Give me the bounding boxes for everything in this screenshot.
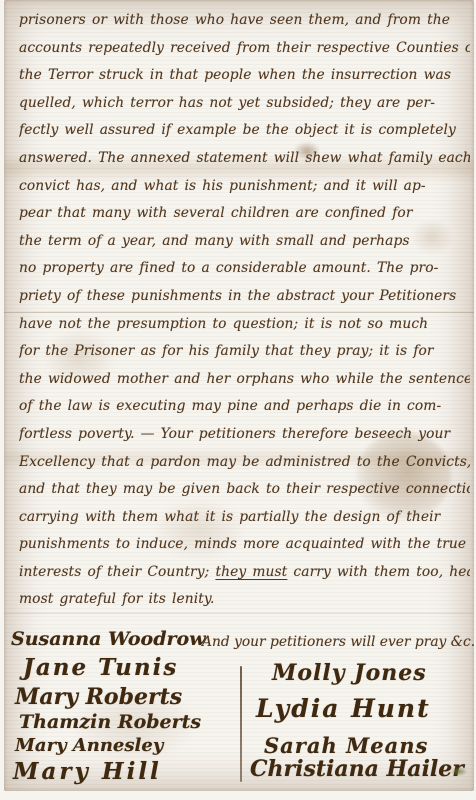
signature-name: Christiana Hailer [250, 756, 464, 782]
paper-sheet: prisoners or with those who have seen th… [4, 0, 474, 791]
manuscript-line: answered. The annexed statement will she… [19, 145, 470, 173]
manuscript-line: the Terror struck in that people when th… [19, 62, 470, 90]
signature-name: Thamzin Roberts [19, 711, 206, 733]
scanned-document: prisoners or with those who have seen th… [0, 0, 476, 800]
manuscript-line: carrying with them what it is partially … [19, 504, 470, 532]
manuscript-line: no property are fined to a considerable … [19, 255, 470, 283]
signature-name: Sarah Means [264, 733, 464, 758]
manuscript-line: and that they may be given back to their… [19, 476, 470, 504]
manuscript-line: Excellency that a pardon may be administ… [19, 449, 470, 477]
manuscript-line: pear that many with several children are… [19, 200, 470, 228]
manuscript-line: the term of a year, and many with small … [19, 228, 470, 256]
manuscript-line: priety of these punishments in the abstr… [19, 283, 470, 311]
manuscript-line: have not the presumption to question; it… [19, 311, 470, 339]
closing-line: And your petitioners will ever pray &c. [202, 634, 474, 650]
manuscript-line: of the law is executing may pine and per… [19, 393, 470, 421]
signature-name: Mary Annesley [15, 735, 206, 756]
manuscript-line: fortless poverty. — Your petitioners the… [19, 421, 470, 449]
signature-name: Susanna Woodrow [11, 628, 206, 650]
manuscript-line: prisoners or with those who have seen th… [19, 7, 470, 35]
manuscript-line: convict has, and what is his punishment;… [19, 173, 470, 201]
signature-name: Jane Tunis [23, 654, 206, 681]
manuscript-line: quelled, which terror has not yet subsid… [19, 90, 470, 118]
signature-name: Molly Jones [272, 660, 464, 686]
manuscript-body: prisoners or with those who have seen th… [19, 7, 470, 627]
signature-column-right: Molly JonesLydia HuntSarah MeansChristia… [256, 660, 464, 782]
signature-name: Lydia Hunt [256, 694, 464, 723]
manuscript-line: most grateful for its lenity. [19, 586, 470, 614]
manuscript-line: interests of their Country; they must ca… [19, 559, 470, 587]
manuscript-line: the widowed mother and her orphans who w… [19, 366, 470, 394]
signature-name: Mary Roberts [15, 684, 206, 710]
signature-name: Mary Hill [13, 758, 206, 785]
manuscript-line: accounts repeatedly received from their … [19, 35, 470, 63]
signature-column-left: Susanna WoodrowJane TunisMary RobertsTha… [11, 628, 206, 785]
manuscript-line: fectly well assured if example be the ob… [19, 117, 470, 145]
manuscript-line: for the Prisoner as for his family that … [19, 338, 470, 366]
manuscript-line: punishments to induce, minds more acquai… [19, 531, 470, 559]
signature-bracket-line [240, 666, 242, 782]
